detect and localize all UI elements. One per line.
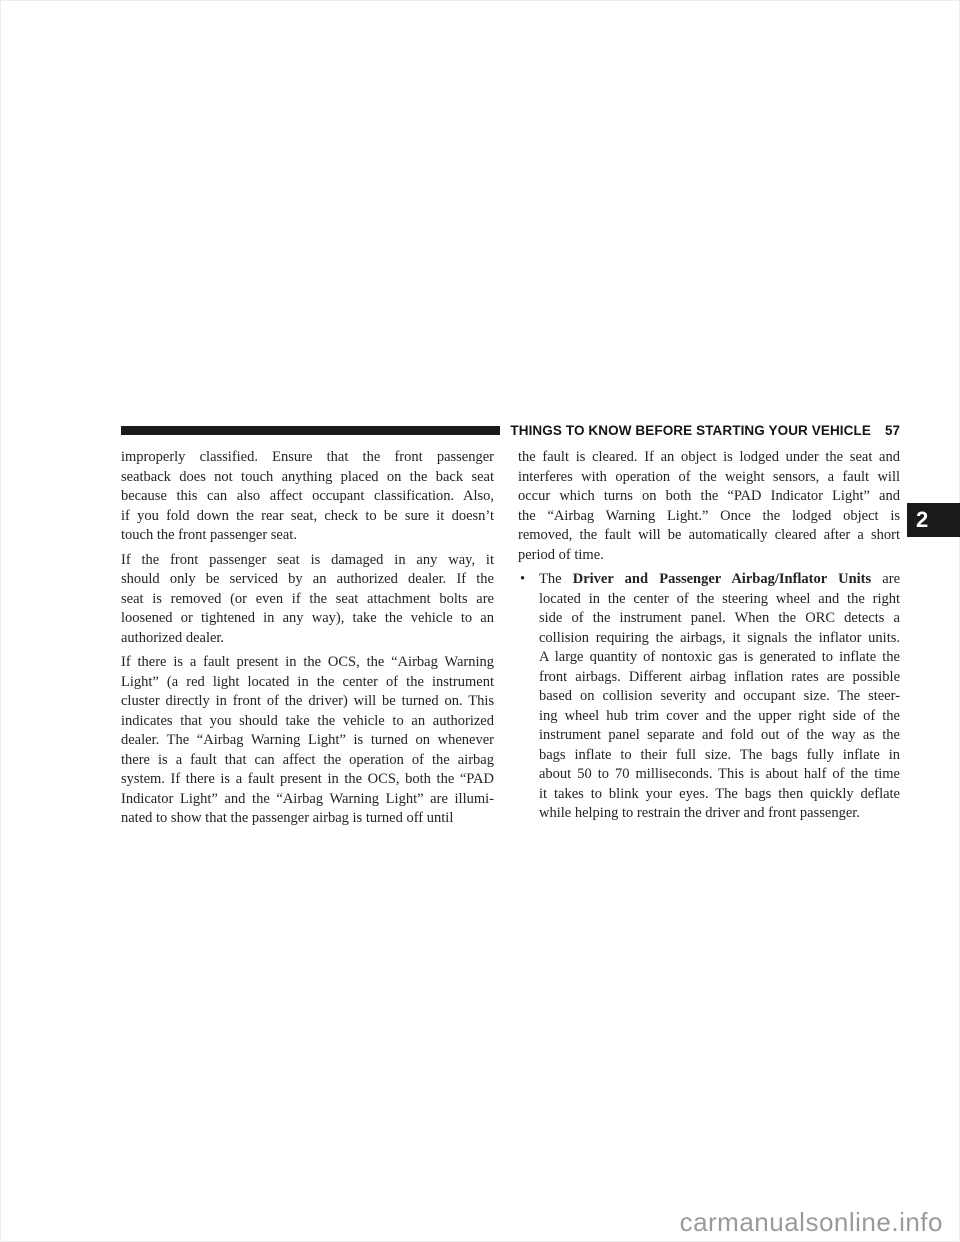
- text-line: Indicator Light” and the “Airbag Warning…: [121, 790, 494, 810]
- text-line: side of the instrument panel. When the O…: [539, 609, 900, 629]
- text-line: there is a fault that can affect the ope…: [121, 751, 494, 771]
- text-line: authorized dealer.: [121, 629, 494, 649]
- text-line: dealer. The “Airbag Warning Light” is tu…: [121, 731, 494, 751]
- text-line: Light” (a red light located in the cente…: [121, 673, 494, 693]
- bullet-text: The Driver and Passenger Airbag/Inflator…: [539, 570, 900, 824]
- text-line: if you fold down the rear seat, check to…: [121, 507, 494, 527]
- paragraph: If the front passenger seat is damaged i…: [121, 551, 494, 649]
- text-line: because this can also affect occupant cl…: [121, 487, 494, 507]
- text-line: about 50 to 70 milliseconds. This is abo…: [539, 765, 900, 785]
- paragraph: improperly classified. Ensure that the f…: [121, 448, 494, 546]
- bullet-item: • The Driver and Passenger Airbag/Inflat…: [518, 570, 900, 824]
- text-line: improperly classified. Ensure that the f…: [121, 448, 494, 468]
- text-line: occur which turns on both the “PAD Indic…: [518, 487, 900, 507]
- text-line: loosened or tightened in any way), take …: [121, 609, 494, 629]
- section-tab-number: 2: [916, 507, 928, 533]
- text-line: the “Airbag Warning Light.” Once the lod…: [518, 507, 900, 527]
- text-line: nated to show that the passenger airbag …: [121, 809, 494, 829]
- text-line: seatback does not touch anything placed …: [121, 468, 494, 488]
- text-line: If there is a fault present in the OCS, …: [121, 653, 494, 673]
- text-line: while helping to restrain the driver and…: [539, 804, 900, 824]
- text-line: cluster directly in front of the driver)…: [121, 692, 494, 712]
- paragraph: the fault is cleared. If an object is lo…: [518, 448, 900, 565]
- text-line: The Driver and Passenger Airbag/Inflator…: [539, 570, 900, 590]
- text-line: system. If there is a fault present in t…: [121, 770, 494, 790]
- text-line: instrument panel separate and fold out o…: [539, 726, 900, 746]
- page-header: THINGS TO KNOW BEFORE STARTING YOUR VEHI…: [121, 421, 900, 439]
- section-tab: 2: [907, 503, 960, 537]
- text-line: touch the front passenger seat.: [121, 526, 494, 546]
- watermark: carmanualsonline.info: [680, 1207, 943, 1238]
- page-number: 57: [885, 423, 900, 438]
- text-line: seat is removed (or even if the seat att…: [121, 590, 494, 610]
- text-line: front airbags. Different airbag inflatio…: [539, 668, 900, 688]
- right-column: the fault is cleared. If an object is lo…: [518, 448, 900, 829]
- text-line: indicates that you should take the vehic…: [121, 712, 494, 732]
- manual-page: THINGS TO KNOW BEFORE STARTING YOUR VEHI…: [0, 0, 960, 1242]
- left-column: improperly classified. Ensure that the f…: [121, 448, 494, 829]
- header-rule: [121, 426, 500, 435]
- text-line: collision requiring the airbags, it sign…: [539, 629, 900, 649]
- text-line: period of time.: [518, 546, 900, 566]
- text-line: it takes to blink your eyes. The bags th…: [539, 785, 900, 805]
- text-line: should only be serviced by an authorized…: [121, 570, 494, 590]
- chapter-title: THINGS TO KNOW BEFORE STARTING YOUR VEHI…: [510, 423, 871, 438]
- text-line: based on collision severity and occupant…: [539, 687, 900, 707]
- text-line: the fault is cleared. If an object is lo…: [518, 448, 900, 468]
- text-line: bags inflate to their full size. The bag…: [539, 746, 900, 766]
- text-line: A large quantity of nontoxic gas is gene…: [539, 648, 900, 668]
- text-line: If the front passenger seat is damaged i…: [121, 551, 494, 571]
- bullet-icon: •: [520, 570, 525, 590]
- text-line: ing wheel hub trim cover and the upper r…: [539, 707, 900, 727]
- paragraph: If there is a fault present in the OCS, …: [121, 653, 494, 829]
- text-line: removed, the fault will be automatically…: [518, 526, 900, 546]
- page-body: improperly classified. Ensure that the f…: [121, 448, 900, 829]
- text-line: interferes with operation of the weight …: [518, 468, 900, 488]
- text-line: located in the center of the steering wh…: [539, 590, 900, 610]
